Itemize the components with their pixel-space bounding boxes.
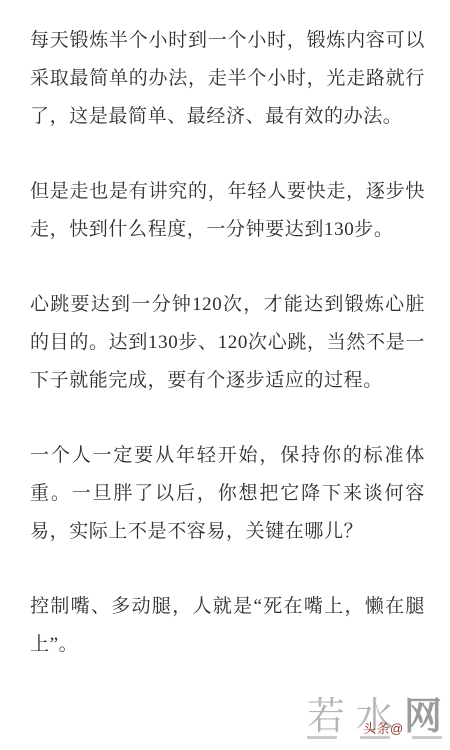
watermark-logo: 若 水 网 头条@ <box>307 698 442 746</box>
watermark-subtext <box>307 736 442 739</box>
paragraph-heart-rate: 心跳要达到一分钟120次，才能达到锻炼心脏的目的。达到130步、120次心跳，当… <box>30 286 425 400</box>
paragraph-walking-pace: 但是走也是有讲究的，年轻人要快走，逐步快走，快到什么程度，一分钟要达到130步。 <box>30 173 425 249</box>
article-body: 每天锻炼半个小时到一个小时，锻炼内容可以采取最简单的办法，走半个小时，光走路就行… <box>30 22 425 701</box>
paragraph-exercise-daily: 每天锻炼半个小时到一个小时，锻炼内容可以采取最简单的办法，走半个小时，光走路就行… <box>30 22 425 136</box>
paragraph-weight-control: 一个人一定要从年轻开始，保持你的标准体重。一旦胖了以后，你想把它降下来谈何容易，… <box>30 437 425 551</box>
watermark-subtext-segment <box>412 736 442 739</box>
watermark-subtext-segment <box>307 736 337 739</box>
watermark-char-ruo: 若 <box>307 698 345 736</box>
article-page: 每天锻炼半个小时到一个小时，锻炼内容可以采取最简单的办法，走半个小时，光走路就行… <box>0 0 450 750</box>
watermark-subtext-segment <box>360 736 390 739</box>
watermark-account-badge: 头条@ <box>363 722 404 736</box>
paragraph-mouth-legs: 控制嘴、多动腿，人就是“死在嘴上，懒在腿上”。 <box>30 588 425 664</box>
watermark-char-wang: 网 <box>404 698 442 736</box>
